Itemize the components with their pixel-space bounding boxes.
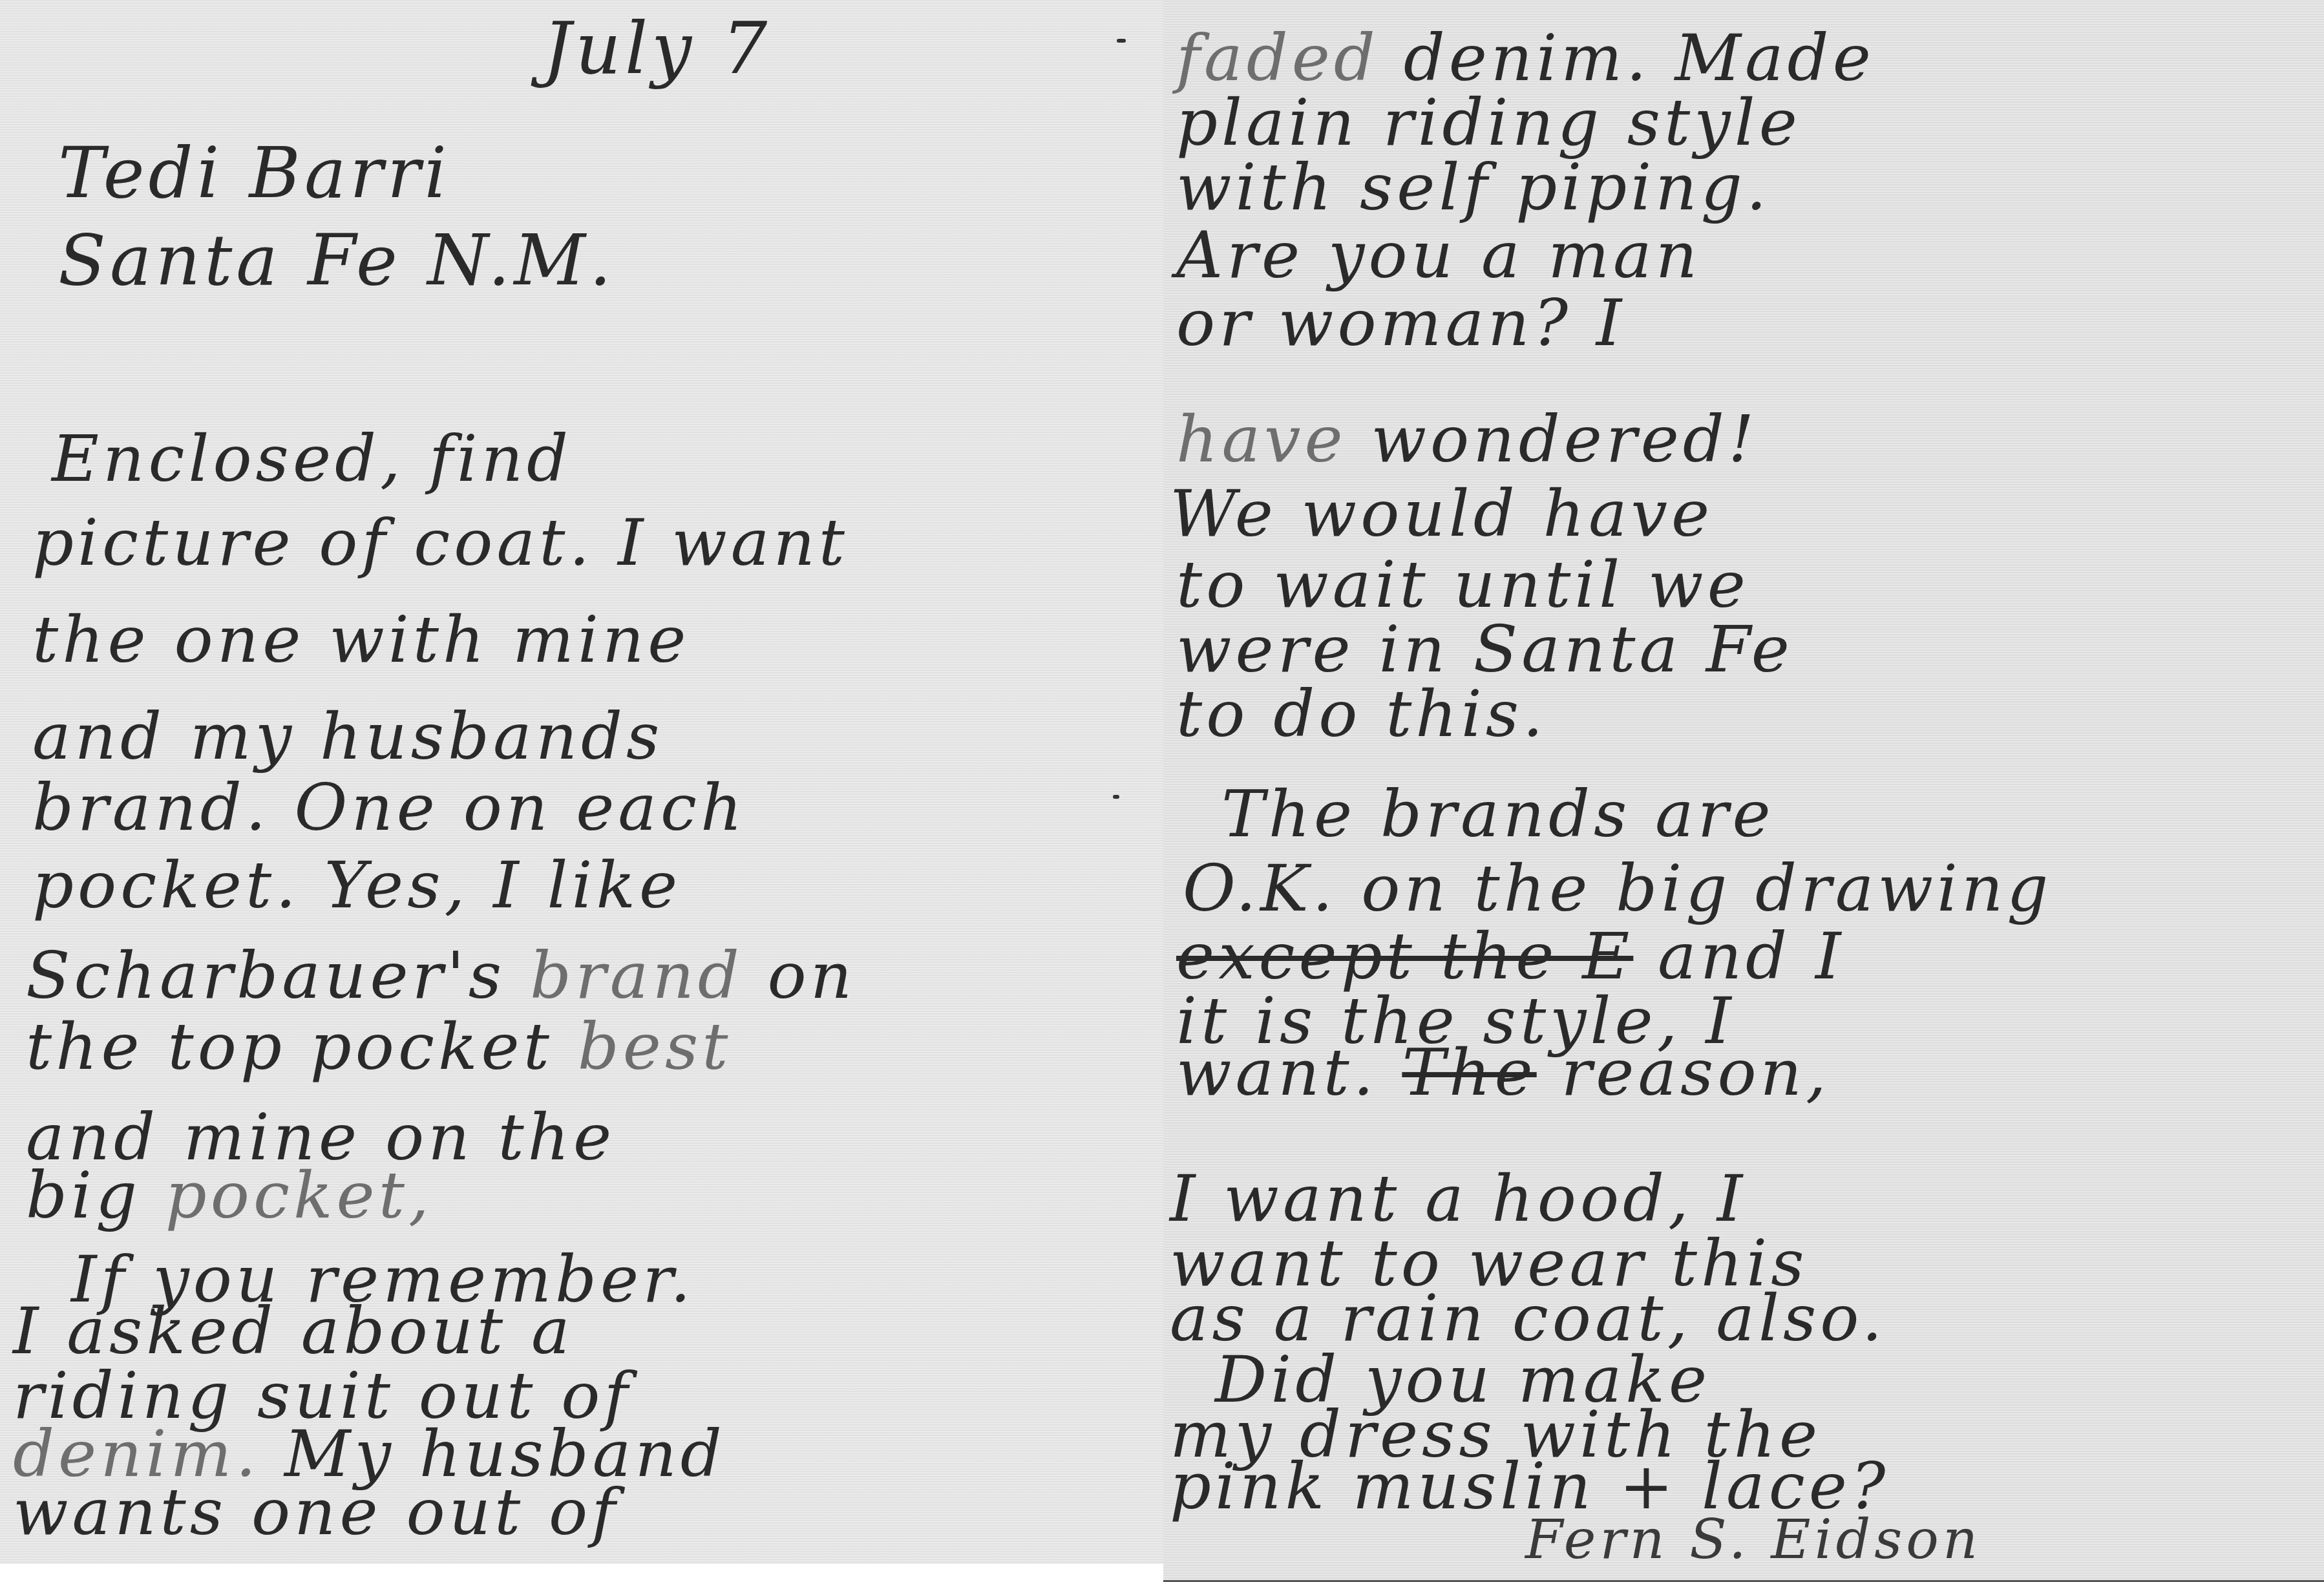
letter-line: to do this. xyxy=(1176,682,1547,746)
faded-word: have xyxy=(1176,401,1347,477)
letter-text: the top pocket xyxy=(26,1009,578,1084)
letter-line: picture of coat. I want xyxy=(32,511,849,575)
letter-line: to wait until we xyxy=(1176,553,1749,617)
faded-word: brand xyxy=(530,938,743,1013)
letter-line: Enclosed, find xyxy=(52,427,572,491)
letter-line: We would have xyxy=(1170,481,1713,546)
letter-line: or woman? I xyxy=(1176,291,1625,355)
letter-line: wants one out of xyxy=(13,1480,619,1545)
letter-text: big xyxy=(26,1157,165,1233)
letter-line: I want a hood, I xyxy=(1170,1166,1746,1231)
struck-text: The xyxy=(1402,1035,1536,1110)
letter-line: as a rain coat, also. xyxy=(1170,1286,1886,1351)
letter-line: faded denim. Made xyxy=(1176,26,1875,90)
letter-text: on xyxy=(743,938,856,1013)
letter-line: Scharbauer's brand on xyxy=(26,944,856,1008)
signature: Fern S. Eidson xyxy=(1525,1512,1981,1566)
letter-text: reason, xyxy=(1537,1035,1830,1110)
letter-line: have wondered! xyxy=(1176,407,1758,472)
faded-word: best xyxy=(578,1009,732,1084)
letter-page-right: faded denim. Made plain riding style wit… xyxy=(1163,0,2324,1582)
letter-line: I asked about a xyxy=(13,1299,574,1364)
letter-line: and my husbands xyxy=(32,704,663,769)
letter-line: big pocket, xyxy=(26,1163,433,1228)
letter-sheet: July 7 Tedi Barri Santa Fe N.M. Enclosed… xyxy=(0,0,2324,1582)
letter-line: O.K. on the big drawing xyxy=(1183,856,2052,921)
letter-line: brand. One on each xyxy=(32,775,746,840)
faded-word: pocket, xyxy=(165,1157,433,1233)
letter-line: with self piping. xyxy=(1176,155,1770,220)
recipient-name: Tedi Barri xyxy=(58,139,450,209)
letter-text: Scharbauer's xyxy=(26,938,530,1013)
letter-line: were in Santa Fe xyxy=(1176,617,1793,682)
letter-line: the top pocket best xyxy=(26,1015,732,1079)
recipient-location: Santa Fe N.M. xyxy=(58,226,615,296)
letter-text: want. xyxy=(1176,1035,1378,1110)
letter-line: The brands are xyxy=(1221,782,1775,847)
ink-mark xyxy=(1113,795,1119,799)
letter-text xyxy=(1378,1035,1402,1110)
letter-line: the one with mine xyxy=(32,607,690,672)
letter-line: Are you a man xyxy=(1176,223,1701,288)
letter-page-left: July 7 Tedi Barri Santa Fe N.M. Enclosed… xyxy=(0,0,1163,1564)
letter-line: pocket. Yes, I like xyxy=(32,853,681,918)
letter-line: plain riding style xyxy=(1176,90,1801,155)
letter-text: wondered! xyxy=(1347,401,1758,477)
ink-mark xyxy=(1117,39,1126,43)
letter-line: except the E and I xyxy=(1176,924,1844,989)
letter-line: want. The reason, xyxy=(1176,1040,1830,1105)
letter-date: July 7 xyxy=(543,13,771,84)
